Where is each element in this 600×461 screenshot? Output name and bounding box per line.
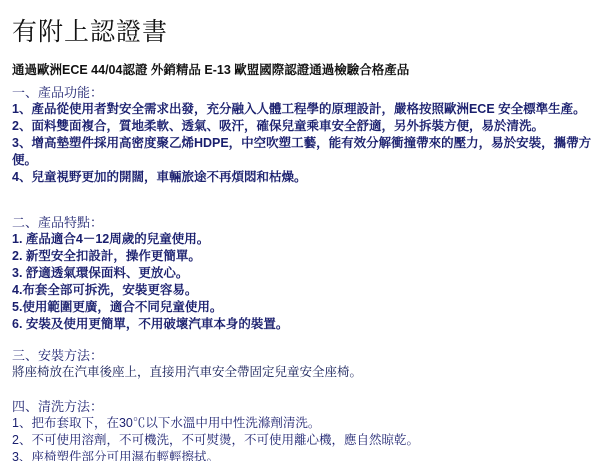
certification-subtitle: 通過歐洲ECE 44/04認證 外銷精品 E-13 歐盟國際認證通過檢驗合格產品 bbox=[12, 60, 409, 78]
list-item: 3、增高墊塑件採用高密度聚乙烯HDPE，中空吹塑工藝，能有效分解衝撞帶來的壓力，… bbox=[12, 135, 592, 169]
section-cleaning: 四、清洗方法： 1、把布套取下，在30℃以下水溫中用中性洗滌劑清洗。 2、不可使… bbox=[12, 398, 592, 461]
list-item: 1、產品從使用者對安全需求出發，充分融入人體工程學的原理設計，嚴格按照歐洲ECE… bbox=[12, 101, 592, 118]
section-product-functions: 一、產品功能： 1、產品從使用者對安全需求出發，充分融入人體工程學的原理設計，嚴… bbox=[12, 84, 592, 186]
list-item: 4.布套全部可拆洗，安裝更容易。 bbox=[12, 282, 592, 299]
list-item: 2、面料雙面複合，質地柔軟、透氣、吸汗，確保兒童乘車安全舒適，另外拆裝方便，易於… bbox=[12, 118, 592, 135]
list-item: 1、把布套取下，在30℃以下水溫中用中性洗滌劑清洗。 bbox=[12, 415, 592, 432]
list-item: 5.使用範圍更廣，適合不同兒童使用。 bbox=[12, 299, 592, 316]
page-title: 有附上認證書 bbox=[12, 12, 168, 48]
list-item: 4、兒童視野更加的開闊，車輛旅途不再煩悶和枯燥。 bbox=[12, 169, 592, 186]
section-installation: 三、安裝方法： 將座椅放在汽車後座上，直接用汽車安全帶固定兒童安全座椅。 bbox=[12, 347, 592, 381]
list-item: 2. 新型安全扣設計，操作更簡單。 bbox=[12, 248, 592, 265]
section-heading: 四、清洗方法： bbox=[12, 398, 592, 415]
list-item: 3、座椅塑件部分可用濕布輕輕擦拭。 bbox=[12, 449, 592, 461]
section-heading: 三、安裝方法： bbox=[12, 347, 592, 364]
list-item: 6. 安裝及使用更簡單，不用破壞汽車本身的裝置。 bbox=[12, 316, 592, 333]
list-item: 將座椅放在汽車後座上，直接用汽車安全帶固定兒童安全座椅。 bbox=[12, 364, 592, 381]
list-item: 1. 產品適合4－12周歲的兒童使用。 bbox=[12, 231, 592, 248]
list-item: 2、不可使用溶劑，不可機洗，不可熨燙，不可使用離心機，應自然晾乾。 bbox=[12, 432, 592, 449]
section-heading: 一、產品功能： bbox=[12, 84, 592, 101]
list-item: 3. 舒適透氣環保面料、更放心。 bbox=[12, 265, 592, 282]
section-heading: 二、產品特點： bbox=[12, 214, 592, 231]
section-product-features: 二、產品特點： 1. 產品適合4－12周歲的兒童使用。 2. 新型安全扣設計，操… bbox=[12, 214, 592, 333]
